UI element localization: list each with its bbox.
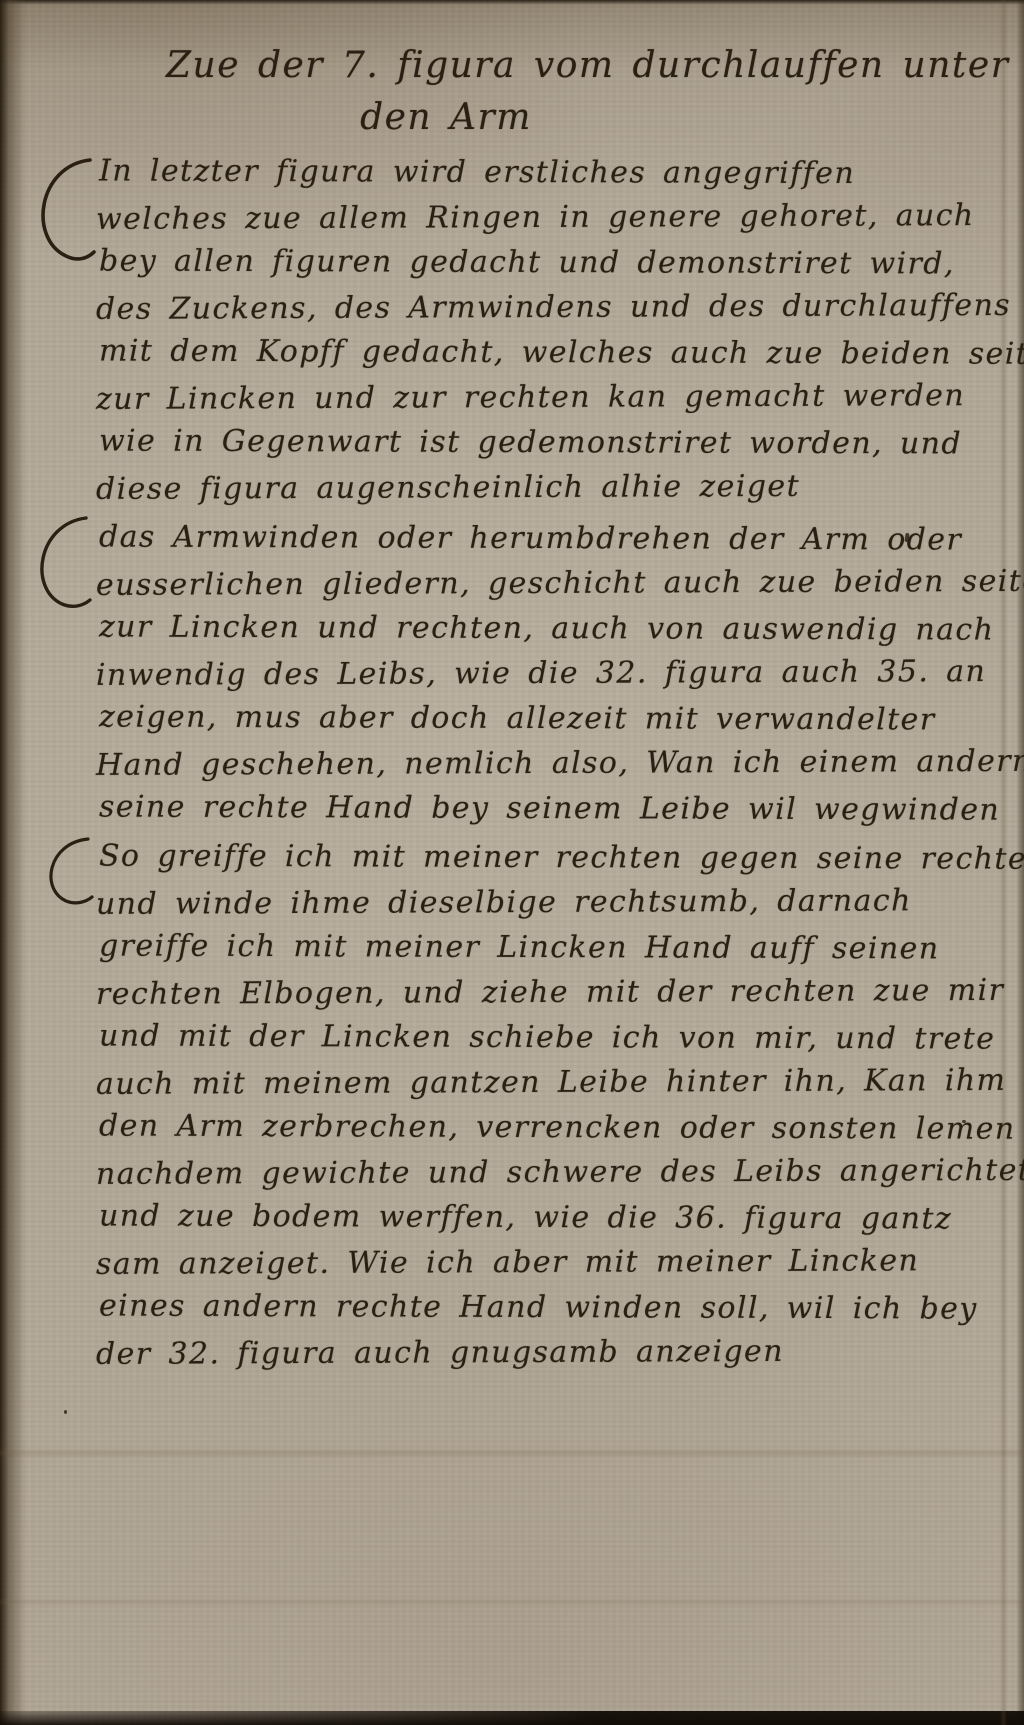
manuscript-line: diese figura augenscheinlich alhie zeige… (96, 463, 966, 512)
manuscript-line: wie in Gegenwart ist gedemonstriret word… (99, 418, 969, 466)
manuscript-line: sam anzeiget. Wie ich aber mit meiner Li… (96, 1238, 966, 1287)
manuscript-line: eines andern rechte Hand winden soll, wi… (99, 1283, 969, 1331)
manuscript-line: und mit der Lincken schiebe ich von mir,… (99, 1013, 969, 1061)
manuscript-line: rechten Elbogen, und ziehe mit der recht… (96, 968, 966, 1017)
manuscript-line: eusserlichen gliedern, geschicht auch zu… (96, 559, 966, 608)
manuscript-line: seine rechte Hand bey seinem Leibe wil w… (99, 784, 969, 832)
manuscript-line: mit dem Kopff gedacht, welches auch zue … (99, 328, 969, 376)
paragraph: In letzter figura wird erstliches angegr… (96, 150, 966, 510)
manuscript-line: In letzter figura wird erstliches angegr… (99, 148, 969, 196)
manuscript-line: greiffe ich mit meiner Lincken Hand auff… (99, 923, 969, 971)
paragraph-flourish-icon (38, 833, 94, 911)
manuscript-line: den Arm zerbrechen, verrencken oder sons… (99, 1103, 969, 1151)
manuscript-line: zur Lincken und rechten, auch von auswen… (99, 604, 969, 652)
manuscript-line: Hand geschehen, nemlich also, Wan ich ei… (96, 739, 966, 788)
manuscript-line: inwendig des Leibs, wie die 32. figura a… (96, 649, 966, 698)
page-edge-bottom (0, 1711, 1024, 1725)
page-edge-left-binding (0, 0, 26, 1725)
manuscript-line: zur Lincken und zur rechten kan gemacht … (96, 373, 966, 422)
paragraph-flourish-icon (26, 512, 92, 616)
page-edge-top (0, 0, 1024, 5)
heading-line: Zue der 7. figura vom durchlauffen unter (166, 40, 966, 92)
manuscript-line: welches zue allem Ringen in genere gehor… (96, 193, 966, 242)
manuscript-line: auch mit meinem gantzen Leibe hinter ihn… (96, 1058, 966, 1107)
paper-fold-crease (0, 1448, 1024, 1458)
manuscript-line: des Zuckens, des Armwindens und des durc… (96, 283, 966, 332)
manuscript-line: der 32. figura auch gnugsamb anzeigen (96, 1328, 966, 1377)
paper-fold-crease (0, 1598, 1024, 1606)
manuscript-line: nachdem gewichte und schwere des Leibs a… (96, 1148, 966, 1197)
chapter-heading: Zue der 7. figura vom durchlauffen unter… (96, 40, 966, 144)
paragraph: So greiffe ich mit meiner rechten gegen … (96, 835, 966, 1375)
manuscript-text: Zue der 7. figura vom durchlauffen unter… (96, 40, 966, 1375)
manuscript-line: und zue bodem werffen, wie die 36. figur… (99, 1193, 969, 1241)
ink-speck (64, 1410, 67, 1414)
manuscript-line: zeigen, mus aber doch allezeit mit verwa… (99, 694, 969, 742)
paragraph-flourish-icon (24, 152, 96, 270)
manuscript-line: das Armwinden oder herumbdrehen der Arm … (99, 514, 969, 562)
manuscript-line: und winde ihme dieselbige rechtsumb, dar… (96, 878, 966, 927)
manuscript-line: So greiffe ich mit meiner rechten gegen … (99, 833, 969, 881)
paragraph: das Armwinden oder herumbdrehen der Arm … (96, 516, 966, 831)
heading-line: den Arm (96, 92, 796, 144)
manuscript-line: bey allen figuren gedacht und demonstrir… (99, 238, 969, 286)
manuscript-page: Zue der 7. figura vom durchlauffen unter… (0, 0, 1024, 1725)
